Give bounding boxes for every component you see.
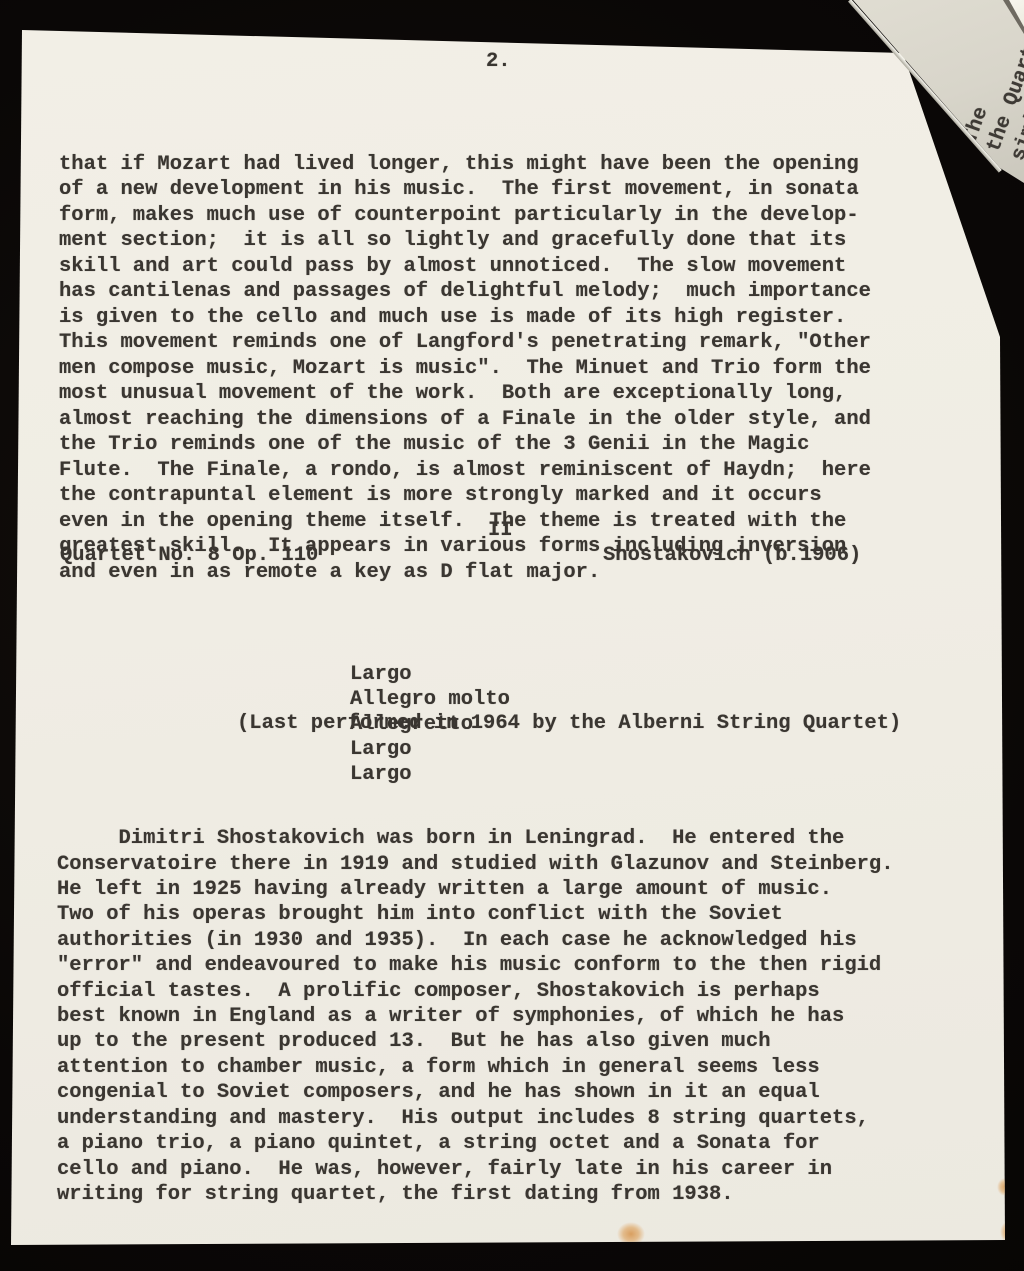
text-line: "error" and endeavoured to make his musi…	[57, 953, 894, 978]
foxing-stain	[1000, 1220, 1022, 1244]
text-line: the Trio reminds one of the music of the…	[59, 432, 871, 458]
text-line: He left in 1925 having already written a…	[57, 877, 894, 902]
text-line: of a new development in his music. The f…	[59, 177, 871, 203]
text-line: attention to chamber music, a form which…	[57, 1055, 894, 1080]
text-line: Dimitri Shostakovich was born in Leningr…	[57, 826, 894, 851]
text-line: cello and piano. He was, however, fairly…	[57, 1157, 894, 1182]
text-line: even in the opening theme itself. The th…	[59, 509, 871, 535]
text-line: men compose music, Mozart is music". The…	[59, 356, 871, 382]
text-line: writing for string quartet, the first da…	[57, 1182, 894, 1207]
text-line: congenial to Soviet composers, and he ha…	[57, 1080, 894, 1105]
text-line: ment section; it is all so lightly and g…	[59, 228, 871, 254]
text-line: a piano trio, a piano quintet, a string …	[57, 1131, 894, 1156]
composer-name: Shostakovich (b.1906)	[603, 544, 861, 567]
foxing-stain	[997, 1178, 1013, 1196]
text-line: is given to the cello and much use is ma…	[59, 305, 871, 331]
movement-item: Largo	[350, 662, 510, 687]
text-line: the contrapuntal element is more strongl…	[59, 483, 871, 509]
text-line: almost reaching the dimensions of a Fina…	[59, 407, 871, 433]
text-line: best known in England as a writer of sym…	[57, 1004, 894, 1029]
page-number: 2.	[486, 50, 511, 73]
paragraph-2: Dimitri Shostakovich was born in Leningr…	[57, 750, 894, 1207]
text-line: up to the present produced 13. But he ha…	[57, 1029, 894, 1054]
text-line: that if Mozart had lived longer, this mi…	[59, 152, 871, 178]
text-line: Conservatoire there in 1919 and studied …	[57, 852, 894, 877]
paragraph-1: that if Mozart had lived longer, this mi…	[59, 75, 871, 585]
text-line: official tastes. A prolific composer, Sh…	[57, 979, 894, 1004]
text-line: has cantilenas and passages of delightfu…	[59, 279, 871, 305]
text-line: most unusual movement of the work. Both …	[59, 381, 871, 407]
text-line: skill and art could pass by almost unnot…	[59, 254, 871, 280]
section-heading: II	[488, 519, 513, 542]
foxing-stain	[617, 1222, 645, 1246]
work-title: Quartet No. 8 Op. 110	[60, 544, 318, 567]
text-line: Two of his operas brought him into confl…	[57, 902, 894, 927]
text-line: Flute. The Finale, a rondo, is almost re…	[59, 458, 871, 484]
text-line: understanding and mastery. His output in…	[57, 1106, 894, 1131]
scanned-document-photo: 2. that if Mozart had lived longer, this…	[0, 0, 1024, 1271]
performance-note: (Last performed in 1964 by the Alberni S…	[237, 712, 901, 735]
text-line: form, makes much use of counterpoint par…	[59, 203, 871, 229]
text-line: This movement reminds one of Langford's …	[59, 330, 871, 356]
text-line: authorities (in 1930 and 1935). In each …	[57, 928, 894, 953]
movement-item: Allegro molto	[350, 687, 510, 712]
document-page: 2. that if Mozart had lived longer, this…	[0, 0, 1024, 1271]
